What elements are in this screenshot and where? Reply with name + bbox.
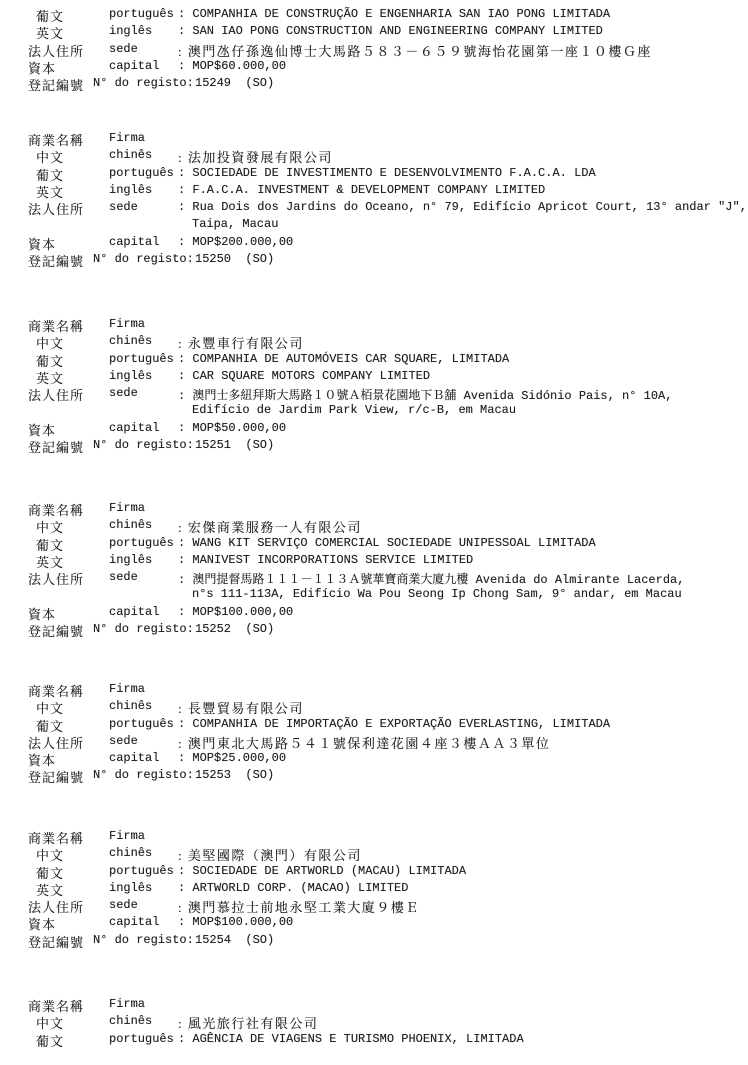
label-pt: inglês	[109, 183, 152, 197]
field-row: 英文 inglês : SAN IAO PONG CONSTRUCTION AN…	[0, 23, 748, 40]
label-pt: inglês	[109, 553, 152, 567]
label-cn: 登記編號	[28, 75, 84, 94]
label-cn: 商業名稱	[28, 828, 84, 847]
label-cn: 商業名稱	[28, 130, 84, 149]
label-pt: português	[109, 352, 174, 366]
label-cn: 英文	[36, 23, 64, 42]
field-value: : MOP$200.000,00	[178, 235, 293, 249]
field-value: : SOCIEDADE DE ARTWORLD (MACAU) LIMITADA	[178, 864, 466, 878]
field-row: 法人住所 sede : Rua Dois dos Jardins do Ocea…	[0, 199, 748, 216]
firma-header-row: 商業名稱 Firma	[0, 316, 748, 333]
field-value: : 澳門東北大馬路５４１號保利達花園４座３樓ＡＡ３單位	[178, 733, 550, 752]
label-cn: 英文	[36, 182, 64, 201]
field-row: 資本 capital : MOP$100.000,00	[0, 604, 748, 621]
field-row: 中文 chinês : 美堅國際（澳門）有限公司	[0, 845, 748, 862]
field-value: : AGÊNCIA DE VIAGENS E TURISMO PHOENIX, …	[178, 1032, 524, 1046]
label-pt: N° do registo:	[93, 252, 194, 266]
registry-entry: 商業名稱 Firma 中文 chinês : 長豐貿易有限公司 葡文 portu…	[0, 681, 748, 785]
label-pt: sede	[109, 386, 138, 400]
field-value: : MANIVEST INCORPORATIONS SERVICE LIMITE…	[178, 553, 473, 567]
field-row: 中文 chinês : 長豐貿易有限公司	[0, 698, 748, 715]
label-cn: 法人住所	[28, 41, 84, 60]
field-row: 資本 capital : MOP$100.000,00	[0, 914, 748, 931]
field-row: 英文 inglês : F.A.C.A. INVESTMENT & DEVELO…	[0, 182, 748, 199]
registo-row: 登記編號 N° do registo: 15250 (SO)	[0, 251, 748, 268]
field-value: : COMPANHIA DE CONSTRUÇÃO E ENGENHARIA S…	[178, 7, 610, 21]
label-cn: 葡文	[36, 351, 64, 370]
field-value-continuation: n°s 111-113A, Edifício Wa Pou Seong Ip C…	[192, 587, 682, 601]
field-value: : ARTWORLD CORP. (MACAO) LIMITED	[178, 881, 408, 895]
label-cn: 登記編號	[28, 932, 84, 951]
registo-row: 登記編號 N° do registo: 15249 (SO)	[0, 75, 748, 92]
label-cn: 資本	[28, 604, 56, 623]
label-cn: 葡文	[36, 165, 64, 184]
field-value: : MOP$60.000,00	[178, 59, 286, 73]
label-cn: 資本	[28, 750, 56, 769]
field-value-continuation: Taipa, Macau	[192, 217, 278, 231]
field-value: : 澳門氹仔孫逸仙博士大馬路５８３－６５９號海怡花園第一座１０樓Ｇ座	[178, 41, 652, 60]
field-value: : MOP$100.000,00	[178, 915, 293, 929]
label-cn: 法人住所	[28, 569, 84, 588]
label-cn: 葡文	[36, 863, 64, 882]
label-cn: 葡文	[36, 716, 64, 735]
registo-number: 15252 (SO)	[195, 622, 274, 636]
label-pt: N° do registo:	[93, 768, 194, 782]
field-row: 法人住所 sede : 澳門東北大馬路５４１號保利達花園４座３樓ＡＡ３單位	[0, 733, 748, 750]
registry-entry: 商業名稱 Firma 中文 chinês : 宏傑商業服務一人有限公司 葡文 p…	[0, 500, 748, 638]
continuation-row: n°s 111-113A, Edifício Wa Pou Seong Ip C…	[0, 586, 748, 603]
label-cn: 中文	[36, 333, 64, 352]
registo-row: 登記編號 N° do registo: 15252 (SO)	[0, 621, 748, 638]
label-pt: capital	[109, 751, 159, 765]
label-pt: português	[109, 536, 174, 550]
registo-number: 15249 (SO)	[195, 76, 274, 90]
label-cn: 法人住所	[28, 385, 84, 404]
field-value: : 宏傑商業服務一人有限公司	[178, 517, 362, 536]
firma-header-row: 商業名稱 Firma	[0, 500, 748, 517]
label-pt: português	[109, 166, 174, 180]
field-value: : 澳門提督馬路１１１－１１３Ａ號華寶商業大廈九樓 Avenida do Alm…	[178, 570, 684, 587]
registry-entry: 商業名稱 Firma 中文 chinês : 永豐車行有限公司 葡文 portu…	[0, 316, 748, 454]
label-pt: capital	[109, 915, 159, 929]
label-pt: N° do registo:	[93, 933, 194, 947]
document-page: 葡文 português : COMPANHIA DE CONSTRUÇÃO E…	[0, 0, 748, 1065]
continuation-row: Taipa, Macau	[0, 216, 748, 233]
field-row: 葡文 português : AGÊNCIA DE VIAGENS E TURI…	[0, 1031, 748, 1048]
field-row: 葡文 português : COMPANHIA DE AUTOMÓVEIS C…	[0, 351, 748, 368]
field-row: 法人住所 sede : 澳門士多紐拜斯大馬路１０號Ａ栢景花園地下Ｂ舖 Aveni…	[0, 385, 748, 402]
registo-number: 15250 (SO)	[195, 252, 274, 266]
field-row: 英文 inglês : MANIVEST INCORPORATIONS SERV…	[0, 552, 748, 569]
label-pt: português	[109, 7, 174, 21]
label-cn: 中文	[36, 517, 64, 536]
label-pt: Firma	[109, 829, 145, 843]
label-pt: sede	[109, 570, 138, 584]
label-pt: inglês	[109, 881, 152, 895]
field-value: : CAR SQUARE MOTORS COMPANY LIMITED	[178, 369, 430, 383]
field-value: : MOP$25.000,00	[178, 751, 286, 765]
field-row: 中文 chinês : 風光旅行社有限公司	[0, 1013, 748, 1030]
field-row: 葡文 português : COMPANHIA DE CONSTRUÇÃO E…	[0, 6, 748, 23]
label-cn: 商業名稱	[28, 681, 84, 700]
label-cn: 登記編號	[28, 251, 84, 270]
label-pt: N° do registo:	[93, 438, 194, 452]
label-cn: 中文	[36, 698, 64, 717]
label-cn: 中文	[36, 147, 64, 166]
label-pt: capital	[109, 605, 159, 619]
label-pt: sede	[109, 42, 138, 56]
label-pt: chinês	[109, 518, 152, 532]
label-cn: 中文	[36, 1013, 64, 1032]
label-cn: 登記編號	[28, 437, 84, 456]
label-cn: 法人住所	[28, 733, 84, 752]
label-cn: 葡文	[36, 6, 64, 25]
label-pt: Firma	[109, 682, 145, 696]
label-cn: 資本	[28, 420, 56, 439]
label-pt: Firma	[109, 501, 145, 515]
field-value: : Rua Dois dos Jardins do Oceano, n° 79,…	[178, 200, 747, 214]
label-cn: 登記編號	[28, 621, 84, 640]
label-pt: chinês	[109, 334, 152, 348]
field-row: 資本 capital : MOP$25.000,00	[0, 750, 748, 767]
field-value: : 風光旅行社有限公司	[178, 1013, 318, 1032]
field-row: 法人住所 sede : 澳門提督馬路１１１－１１３Ａ號華寶商業大廈九樓 Aven…	[0, 569, 748, 586]
label-cn: 法人住所	[28, 199, 84, 218]
field-row: 中文 chinês : 宏傑商業服務一人有限公司	[0, 517, 748, 534]
label-cn: 法人住所	[28, 897, 84, 916]
label-cn: 商業名稱	[28, 316, 84, 335]
field-value: : 長豐貿易有限公司	[178, 698, 304, 717]
field-value: : 法加投資發展有限公司	[178, 147, 333, 166]
label-pt: português	[109, 1032, 174, 1046]
registry-entry: 商業名稱 Firma 中文 chinês : 風光旅行社有限公司 葡文 port…	[0, 996, 748, 1048]
field-row: 資本 capital : MOP$200.000,00	[0, 234, 748, 251]
field-row: 英文 inglês : ARTWORLD CORP. (MACAO) LIMIT…	[0, 880, 748, 897]
field-row: 中文 chinês : 永豐車行有限公司	[0, 333, 748, 350]
field-value: : 澳門士多紐拜斯大馬路１０號Ａ栢景花園地下Ｂ舖 Avenida Sidónio…	[178, 386, 672, 403]
field-row: 法人住所 sede : 澳門慕拉士前地永堅工業大廈９樓Ｅ	[0, 897, 748, 914]
field-row: 英文 inglês : CAR SQUARE MOTORS COMPANY LI…	[0, 368, 748, 385]
field-row: 葡文 português : SOCIEDADE DE INVESTIMENTO…	[0, 165, 748, 182]
label-cn: 登記編號	[28, 767, 84, 786]
field-value: : MOP$100.000,00	[178, 605, 293, 619]
label-pt: sede	[109, 898, 138, 912]
label-pt: N° do registo:	[93, 622, 194, 636]
firma-header-row: 商業名稱 Firma	[0, 681, 748, 698]
field-value: : COMPANHIA DE AUTOMÓVEIS CAR SQUARE, LI…	[178, 352, 509, 366]
label-pt: chinês	[109, 699, 152, 713]
label-pt: capital	[109, 235, 159, 249]
firma-header-row: 商業名稱 Firma	[0, 828, 748, 845]
label-cn: 英文	[36, 552, 64, 571]
registo-number: 15253 (SO)	[195, 768, 274, 782]
field-row: 葡文 português : WANG KIT SERVIÇO COMERCIA…	[0, 535, 748, 552]
label-cn: 商業名稱	[28, 500, 84, 519]
registo-number: 15251 (SO)	[195, 438, 274, 452]
registry-entry: 商業名稱 Firma 中文 chinês : 美堅國際（澳門）有限公司 葡文 p…	[0, 828, 748, 949]
registo-number: 15254 (SO)	[195, 933, 274, 947]
registry-entry: 葡文 português : COMPANHIA DE CONSTRUÇÃO E…	[0, 6, 748, 92]
label-cn: 葡文	[36, 1031, 64, 1050]
label-pt: chinês	[109, 148, 152, 162]
field-value: : 永豐車行有限公司	[178, 333, 304, 352]
field-value: : COMPANHIA DE IMPORTAÇÃO E EXPORTAÇÃO E…	[178, 717, 610, 731]
field-row: 法人住所 sede : 澳門氹仔孫逸仙博士大馬路５８３－６５９號海怡花園第一座１…	[0, 41, 748, 58]
field-row: 資本 capital : MOP$50.000,00	[0, 420, 748, 437]
field-value: : WANG KIT SERVIÇO COMERCIAL SOCIEDADE U…	[178, 536, 596, 550]
label-cn: 英文	[36, 880, 64, 899]
field-value: : SOCIEDADE DE INVESTIMENTO E DESENVOLVI…	[178, 166, 596, 180]
field-row: 葡文 português : SOCIEDADE DE ARTWORLD (MA…	[0, 863, 748, 880]
label-cn: 資本	[28, 234, 56, 253]
field-row: 葡文 português : COMPANHIA DE IMPORTAÇÃO E…	[0, 716, 748, 733]
label-pt: sede	[109, 734, 138, 748]
label-pt: português	[109, 717, 174, 731]
firma-header-row: 商業名稱 Firma	[0, 130, 748, 147]
label-pt: Firma	[109, 997, 145, 1011]
label-pt: sede	[109, 200, 138, 214]
label-cn: 商業名稱	[28, 996, 84, 1015]
label-pt: capital	[109, 59, 159, 73]
label-pt: chinês	[109, 1014, 152, 1028]
continuation-row: Edifício de Jardim Park View, r/c-B, em …	[0, 402, 748, 419]
field-value: : 澳門慕拉士前地永堅工業大廈９樓Ｅ	[178, 897, 420, 916]
label-cn: 資本	[28, 58, 56, 77]
label-pt: Firma	[109, 131, 145, 145]
registry-entry: 商業名稱 Firma 中文 chinês : 法加投資發展有限公司 葡文 por…	[0, 130, 748, 268]
field-value: : F.A.C.A. INVESTMENT & DEVELOPMENT COMP…	[178, 183, 545, 197]
label-cn: 葡文	[36, 535, 64, 554]
firma-header-row: 商業名稱 Firma	[0, 996, 748, 1013]
label-pt: chinês	[109, 846, 152, 860]
registo-row: 登記編號 N° do registo: 15253 (SO)	[0, 767, 748, 784]
field-row: 資本 capital : MOP$60.000,00	[0, 58, 748, 75]
field-value: : MOP$50.000,00	[178, 421, 286, 435]
field-value-continuation: Edifício de Jardim Park View, r/c-B, em …	[192, 403, 516, 417]
label-pt: capital	[109, 421, 159, 435]
field-value: : 美堅國際（澳門）有限公司	[178, 845, 362, 864]
registo-row: 登記編號 N° do registo: 15254 (SO)	[0, 932, 748, 949]
label-pt: inglês	[109, 369, 152, 383]
label-cn: 資本	[28, 914, 56, 933]
label-pt: português	[109, 864, 174, 878]
field-value: : SAN IAO PONG CONSTRUCTION AND ENGINEER…	[178, 24, 603, 38]
registo-row: 登記編號 N° do registo: 15251 (SO)	[0, 437, 748, 454]
label-pt: Firma	[109, 317, 145, 331]
field-row: 中文 chinês : 法加投資發展有限公司	[0, 147, 748, 164]
label-cn: 英文	[36, 368, 64, 387]
label-cn: 中文	[36, 845, 64, 864]
label-pt: N° do registo:	[93, 76, 194, 90]
label-pt: inglês	[109, 24, 152, 38]
